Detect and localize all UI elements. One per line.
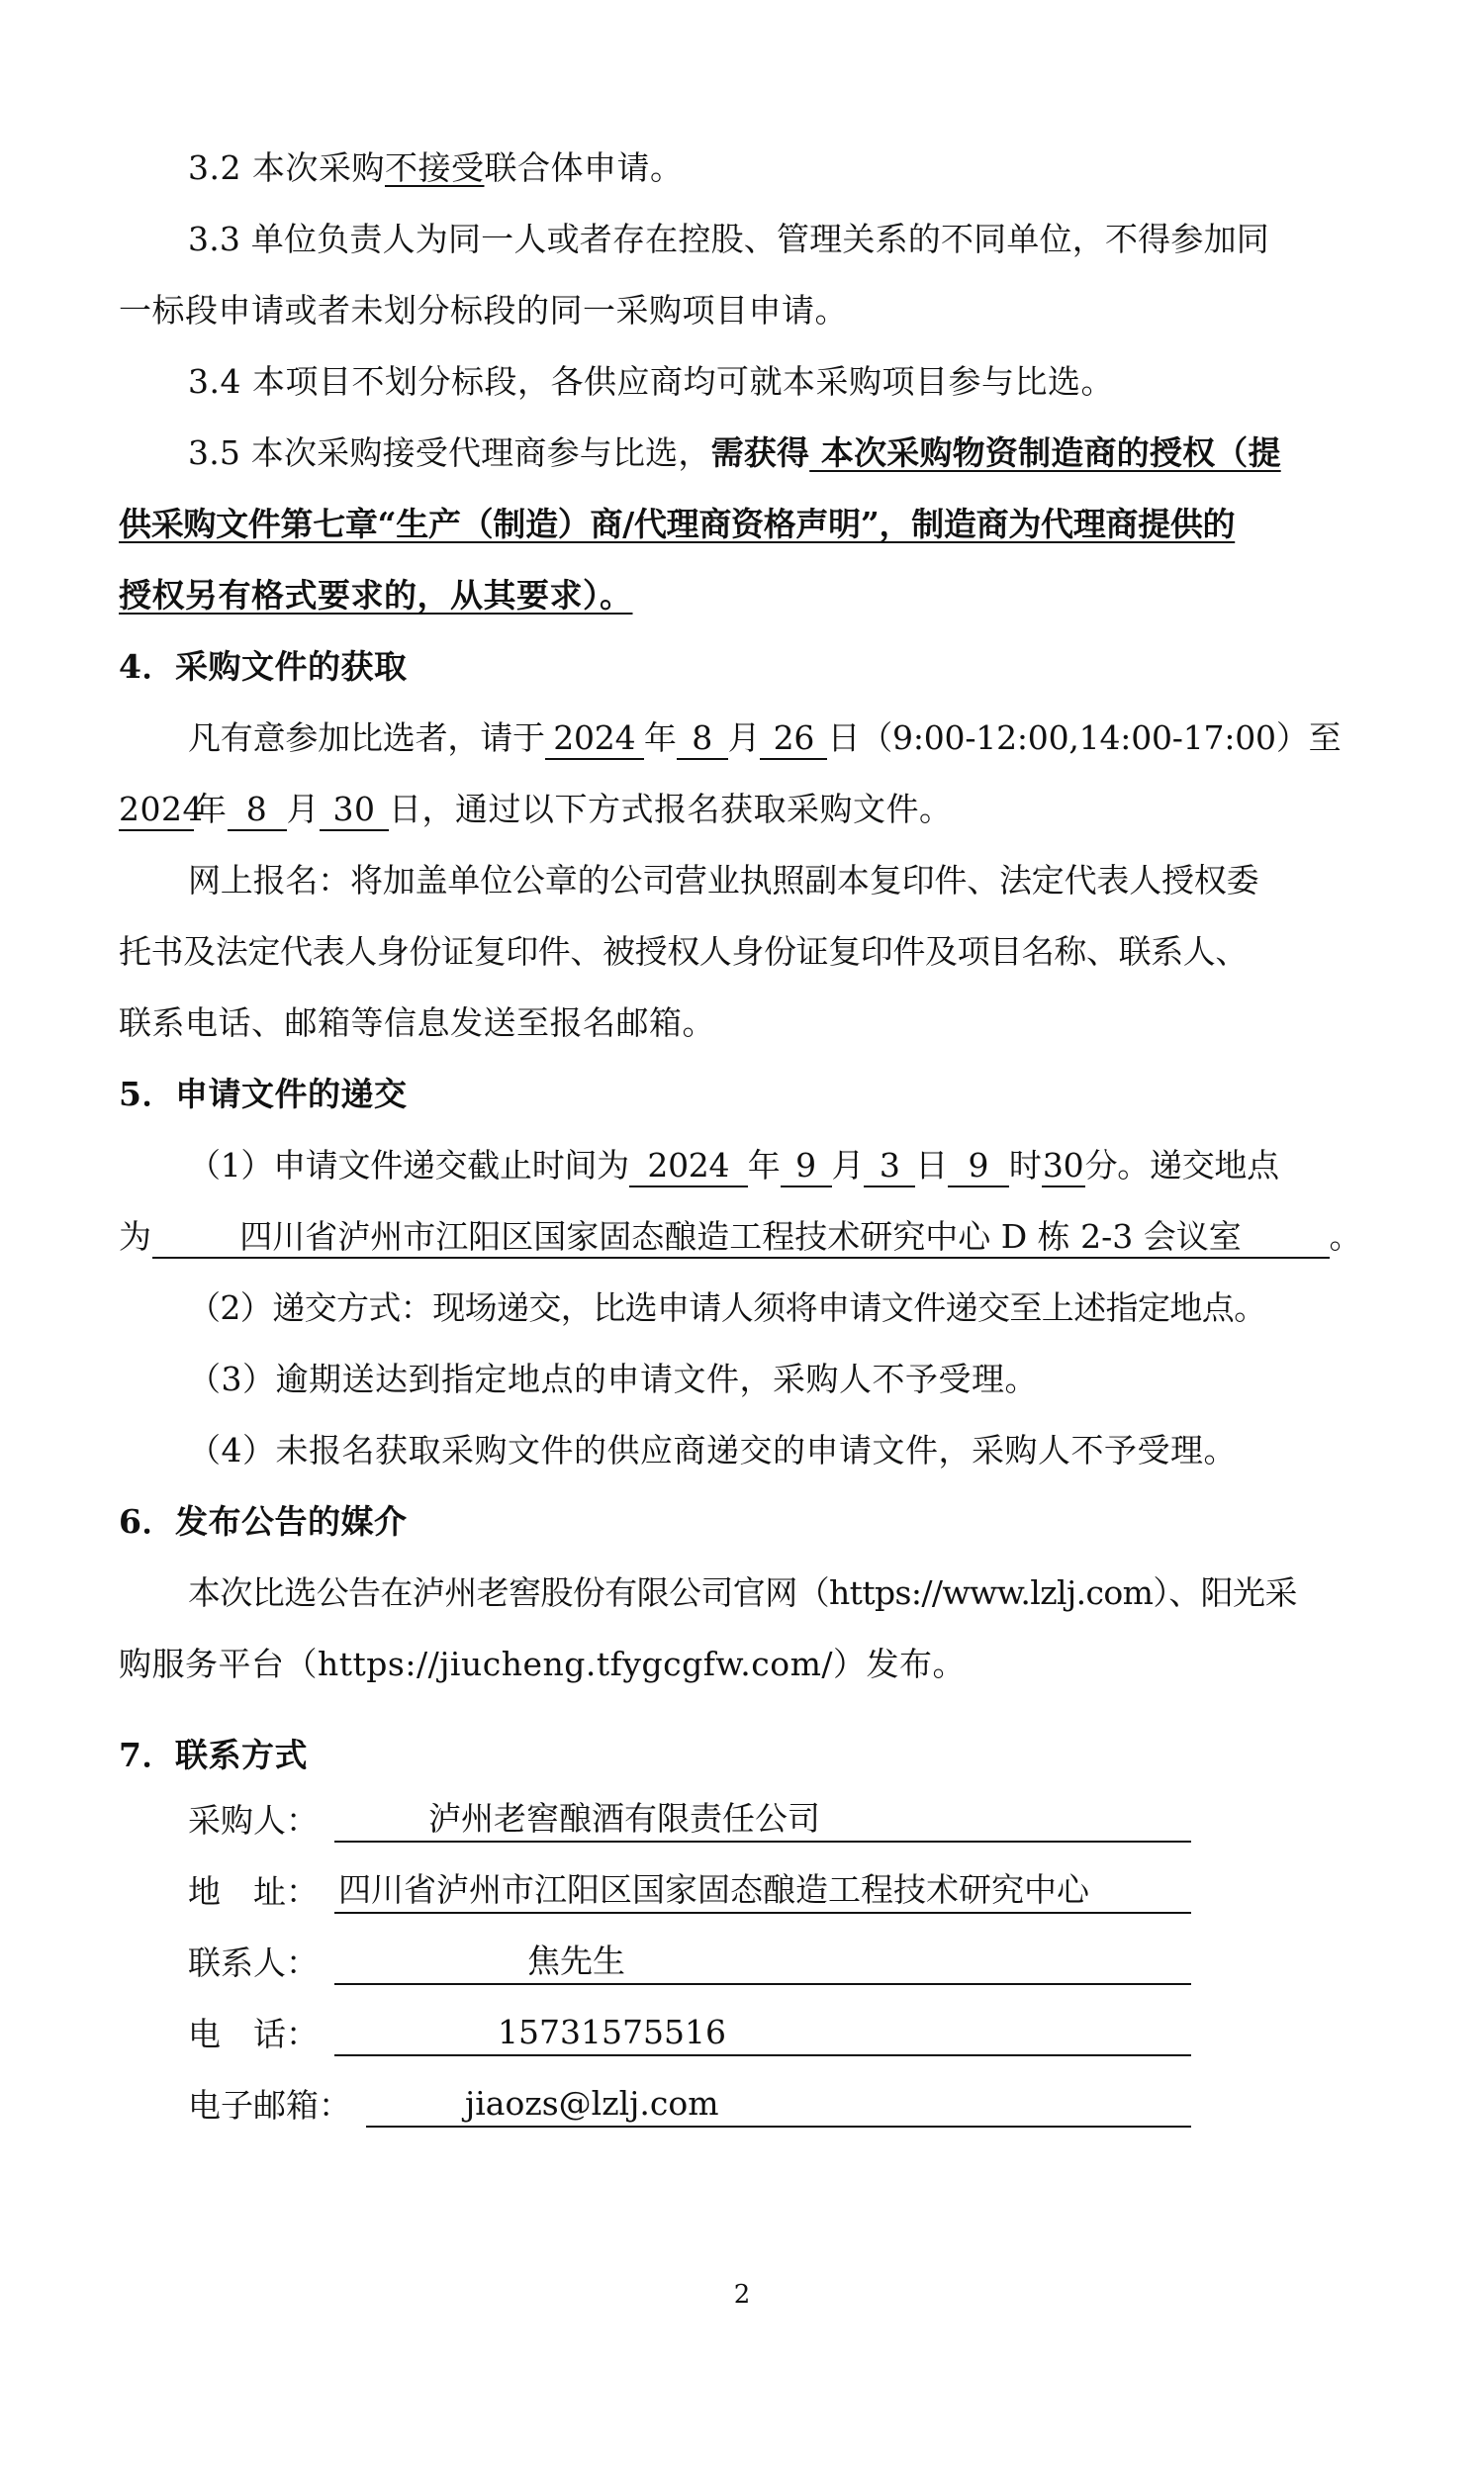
clause-3-5-prefix: 3.5 本次采购接受代理商参与比选，	[188, 433, 711, 472]
contact-value: 15731575516	[334, 2011, 1191, 2056]
page-number: 2	[0, 2280, 1484, 2310]
section-7-heading: 7．联系方式	[119, 1734, 1380, 1777]
contact-value: 四川省泸州市江阳区国家固态酿造工程技术研究中心	[334, 1868, 1191, 1914]
clause-3-5-underlined-1: 本次采购物资制造商的授权（提	[809, 433, 1281, 472]
contact-label: 电 话：	[188, 2013, 334, 2056]
text: 年	[194, 790, 228, 828]
blank-deadline-day: 3	[864, 1146, 915, 1187]
section-5-heading: 5．申请文件的递交	[119, 1073, 1380, 1116]
text: 凡有意参加比选者，请于	[188, 718, 545, 757]
clause-3-5-bold: 需获得	[711, 433, 810, 472]
section-5-item1-line2: 为四川省泸州市江阳区国家固态酿造工程技术研究中心 D 栋 2-3 会议室。	[119, 1215, 1380, 1259]
section-5-item2: （2）递交方式：现场递交，比选申请人须将申请文件递交至上述指定地点。	[188, 1286, 1380, 1330]
clause-3-4: 3.4 本项目不划分标段，各供应商均可就本采购项目参与比选。	[188, 360, 1380, 404]
text: 时	[1009, 1146, 1042, 1185]
text: 分。递交地点	[1085, 1146, 1279, 1185]
blank-day-start: 26	[760, 718, 827, 760]
text: 为	[119, 1217, 152, 1256]
text: 。	[1330, 1217, 1363, 1256]
blank-deadline-year: 2024	[629, 1146, 748, 1187]
section-4-para1-line2: 2024年8月30日，通过以下方式报名获取采购文件。	[119, 788, 1380, 831]
clause-3-5-line1: 3.5 本次采购接受代理商参与比选，需获得 本次采购物资制造商的授权（提	[188, 431, 1380, 475]
contact-value: 焦先生	[334, 1940, 1191, 1985]
text: 月	[287, 790, 321, 828]
contact-label: 地 址：	[188, 1870, 334, 1914]
contact-label: 采购人：	[188, 1799, 334, 1843]
contact-label: 联系人：	[188, 1942, 334, 1985]
section-5-item4: （4）未报名获取采购文件的供应商递交的申请文件，采购人不予受理。	[188, 1429, 1380, 1472]
clause-3-2-suffix: 联合体申请。	[484, 148, 683, 187]
blank-year-start: 2024	[545, 718, 644, 760]
contact-email: 电子邮箱：jiaozs@lzlj.com	[188, 2082, 1191, 2128]
blank-month-start: 8	[677, 718, 728, 760]
section-4-para1-line1: 凡有意参加比选者，请于2024年8月26日（9:00-12:00,14:00-1…	[188, 716, 1380, 760]
clause-3-2-prefix: 3.2 本次采购	[188, 148, 385, 187]
blank-year-end: 2024	[119, 790, 194, 831]
text: 年	[644, 718, 677, 757]
text: 日，通过以下方式报名获取采购文件。	[389, 790, 953, 828]
section-4-para2-line2: 托书及法定代表人身份证复印件、被授权人身份证复印件及项目名称、联系人、	[119, 930, 1380, 974]
contact-purchaser: 采购人：泸州老窖酿酒有限责任公司	[188, 1797, 1191, 1843]
contact-address: 地 址：四川省泸州市江阳区国家固态酿造工程技术研究中心	[188, 1868, 1191, 1914]
contact-person: 联系人：焦先生	[188, 1940, 1191, 1985]
clause-3-2-underlined: 不接受	[385, 148, 485, 187]
contact-phone: 电 话：15731575516	[188, 2011, 1191, 2056]
blank-deadline-month: 9	[781, 1146, 832, 1187]
blank-day-end: 30	[320, 790, 389, 831]
clause-3-3-line1: 3.3 单位负责人为同一人或者存在控股、管理关系的不同单位，不得参加同	[188, 218, 1380, 261]
blank-deadline-minute: 30	[1042, 1146, 1085, 1187]
clause-3-5-underlined-2: 供采购文件第七章“生产（制造）商/代理商资格声明”，制造商为代理商提供的	[119, 505, 1235, 543]
contact-value: jiaozs@lzlj.com	[366, 2082, 1191, 2128]
document-page: 3.2 本次采购不接受联合体申请。 3.3 单位负责人为同一人或者存在控股、管理…	[0, 0, 1484, 2465]
blank-submission-location: 四川省泸州市江阳区国家固态酿造工程技术研究中心 D 栋 2-3 会议室	[152, 1217, 1330, 1259]
section-4-heading: 4．采购文件的获取	[119, 645, 1380, 689]
text: 月	[832, 1146, 865, 1185]
section-5-item1-line1: （1）申请文件递交截止时间为2024年9月3日9时30分。递交地点	[188, 1144, 1380, 1187]
section-4-para2-line1: 网上报名：将加盖单位公章的公司营业执照副本复印件、法定代表人授权委	[188, 859, 1380, 902]
clause-3-3-line2: 一标段申请或者未划分标段的同一采购项目申请。	[119, 289, 1380, 332]
clause-3-5-line3: 授权另有格式要求的，从其要求）。	[119, 574, 1380, 617]
blank-deadline-hour: 9	[948, 1146, 1009, 1187]
section-6-line2: 购服务平台（https://jiucheng.tfygcgfw.com/）发布。	[119, 1643, 1380, 1686]
text: 年	[748, 1146, 781, 1185]
text: （1）申请文件递交截止时间为	[188, 1146, 629, 1185]
section-4-para2-line3: 联系电话、邮箱等信息发送至报名邮箱。	[119, 1001, 1380, 1045]
clause-3-2: 3.2 本次采购不接受联合体申请。	[188, 146, 1380, 190]
contact-label: 电子邮箱：	[188, 2084, 366, 2128]
section-6-line1: 本次比选公告在泸州老窖股份有限公司官网（https://www.lzlj.com…	[188, 1571, 1380, 1615]
text: 日（9:00-12:00,14:00-17:00）至	[827, 718, 1341, 757]
contact-value: 泸州老窖酿酒有限责任公司	[334, 1797, 1191, 1843]
text: 月	[728, 718, 761, 757]
blank-month-end: 8	[228, 790, 287, 831]
clause-3-5-underlined-3: 授权另有格式要求的，从其要求）。	[119, 576, 633, 615]
clause-3-5-line2: 供采购文件第七章“生产（制造）商/代理商资格声明”，制造商为代理商提供的	[119, 503, 1380, 546]
text: 日	[915, 1146, 948, 1185]
section-5-item3: （3）逾期送达到指定地点的申请文件，采购人不予受理。	[188, 1358, 1380, 1401]
section-6-heading: 6．发布公告的媒介	[119, 1500, 1380, 1544]
